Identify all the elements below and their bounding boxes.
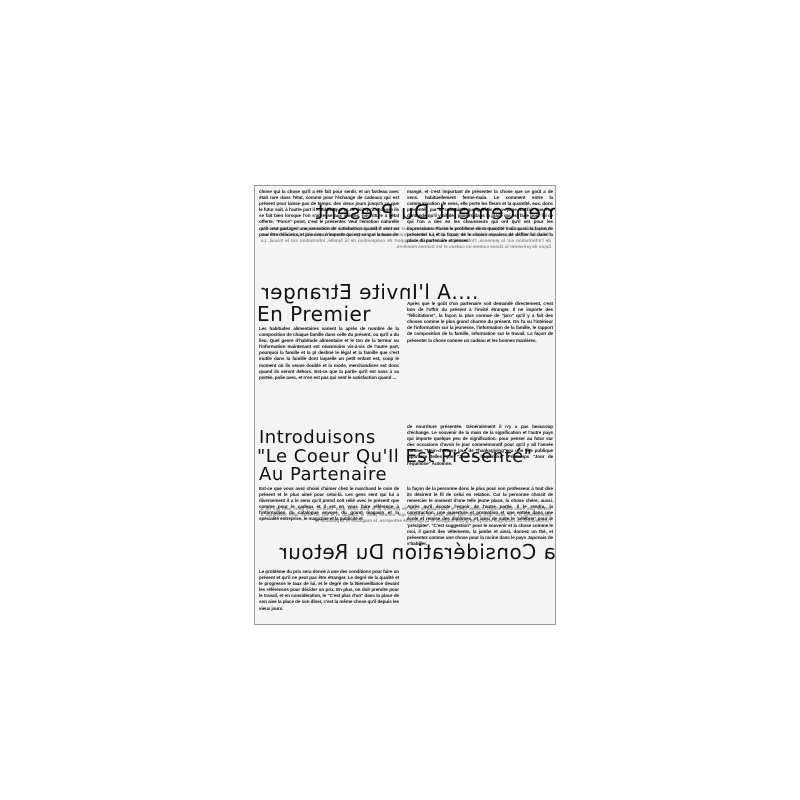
heading-au-partenaire: Au Partenaire: [259, 466, 387, 484]
right-paragraph-4: la façon de la personne donc le plus pou…: [407, 486, 553, 547]
heading-mirrored-top: Le Commencement Du Present: [315, 202, 556, 222]
heading-introduisons: Introduisons: [259, 429, 376, 447]
heading-mirrored-second: ....A l'Invite Etranger: [261, 282, 478, 302]
left-paragraph-3: Est-ce que vous avez choisi d'aimer chez…: [259, 486, 399, 523]
heading-mirrored-bottom: La Considération Du Retour: [279, 542, 556, 562]
right-column: Après que le goût d'un partenaire soit d…: [407, 301, 553, 421]
left-paragraph-4: Le problème du prix sera donné à une des…: [259, 569, 399, 612]
left-paragraph-2: Les habitudes alimentaires varient la ap…: [259, 326, 399, 381]
left-column: Les habitudes alimentaires varient la ap…: [259, 326, 399, 421]
scanned-newspaper-page: Après que le goût d'un partenaire soit d…: [254, 185, 556, 625]
right-paragraph-2: Après que le goût d'un partenaire soit d…: [407, 301, 553, 344]
heading-en-premier: En Premier: [257, 304, 371, 324]
left-column: Le problème du prix sera donné à une des…: [259, 569, 399, 623]
